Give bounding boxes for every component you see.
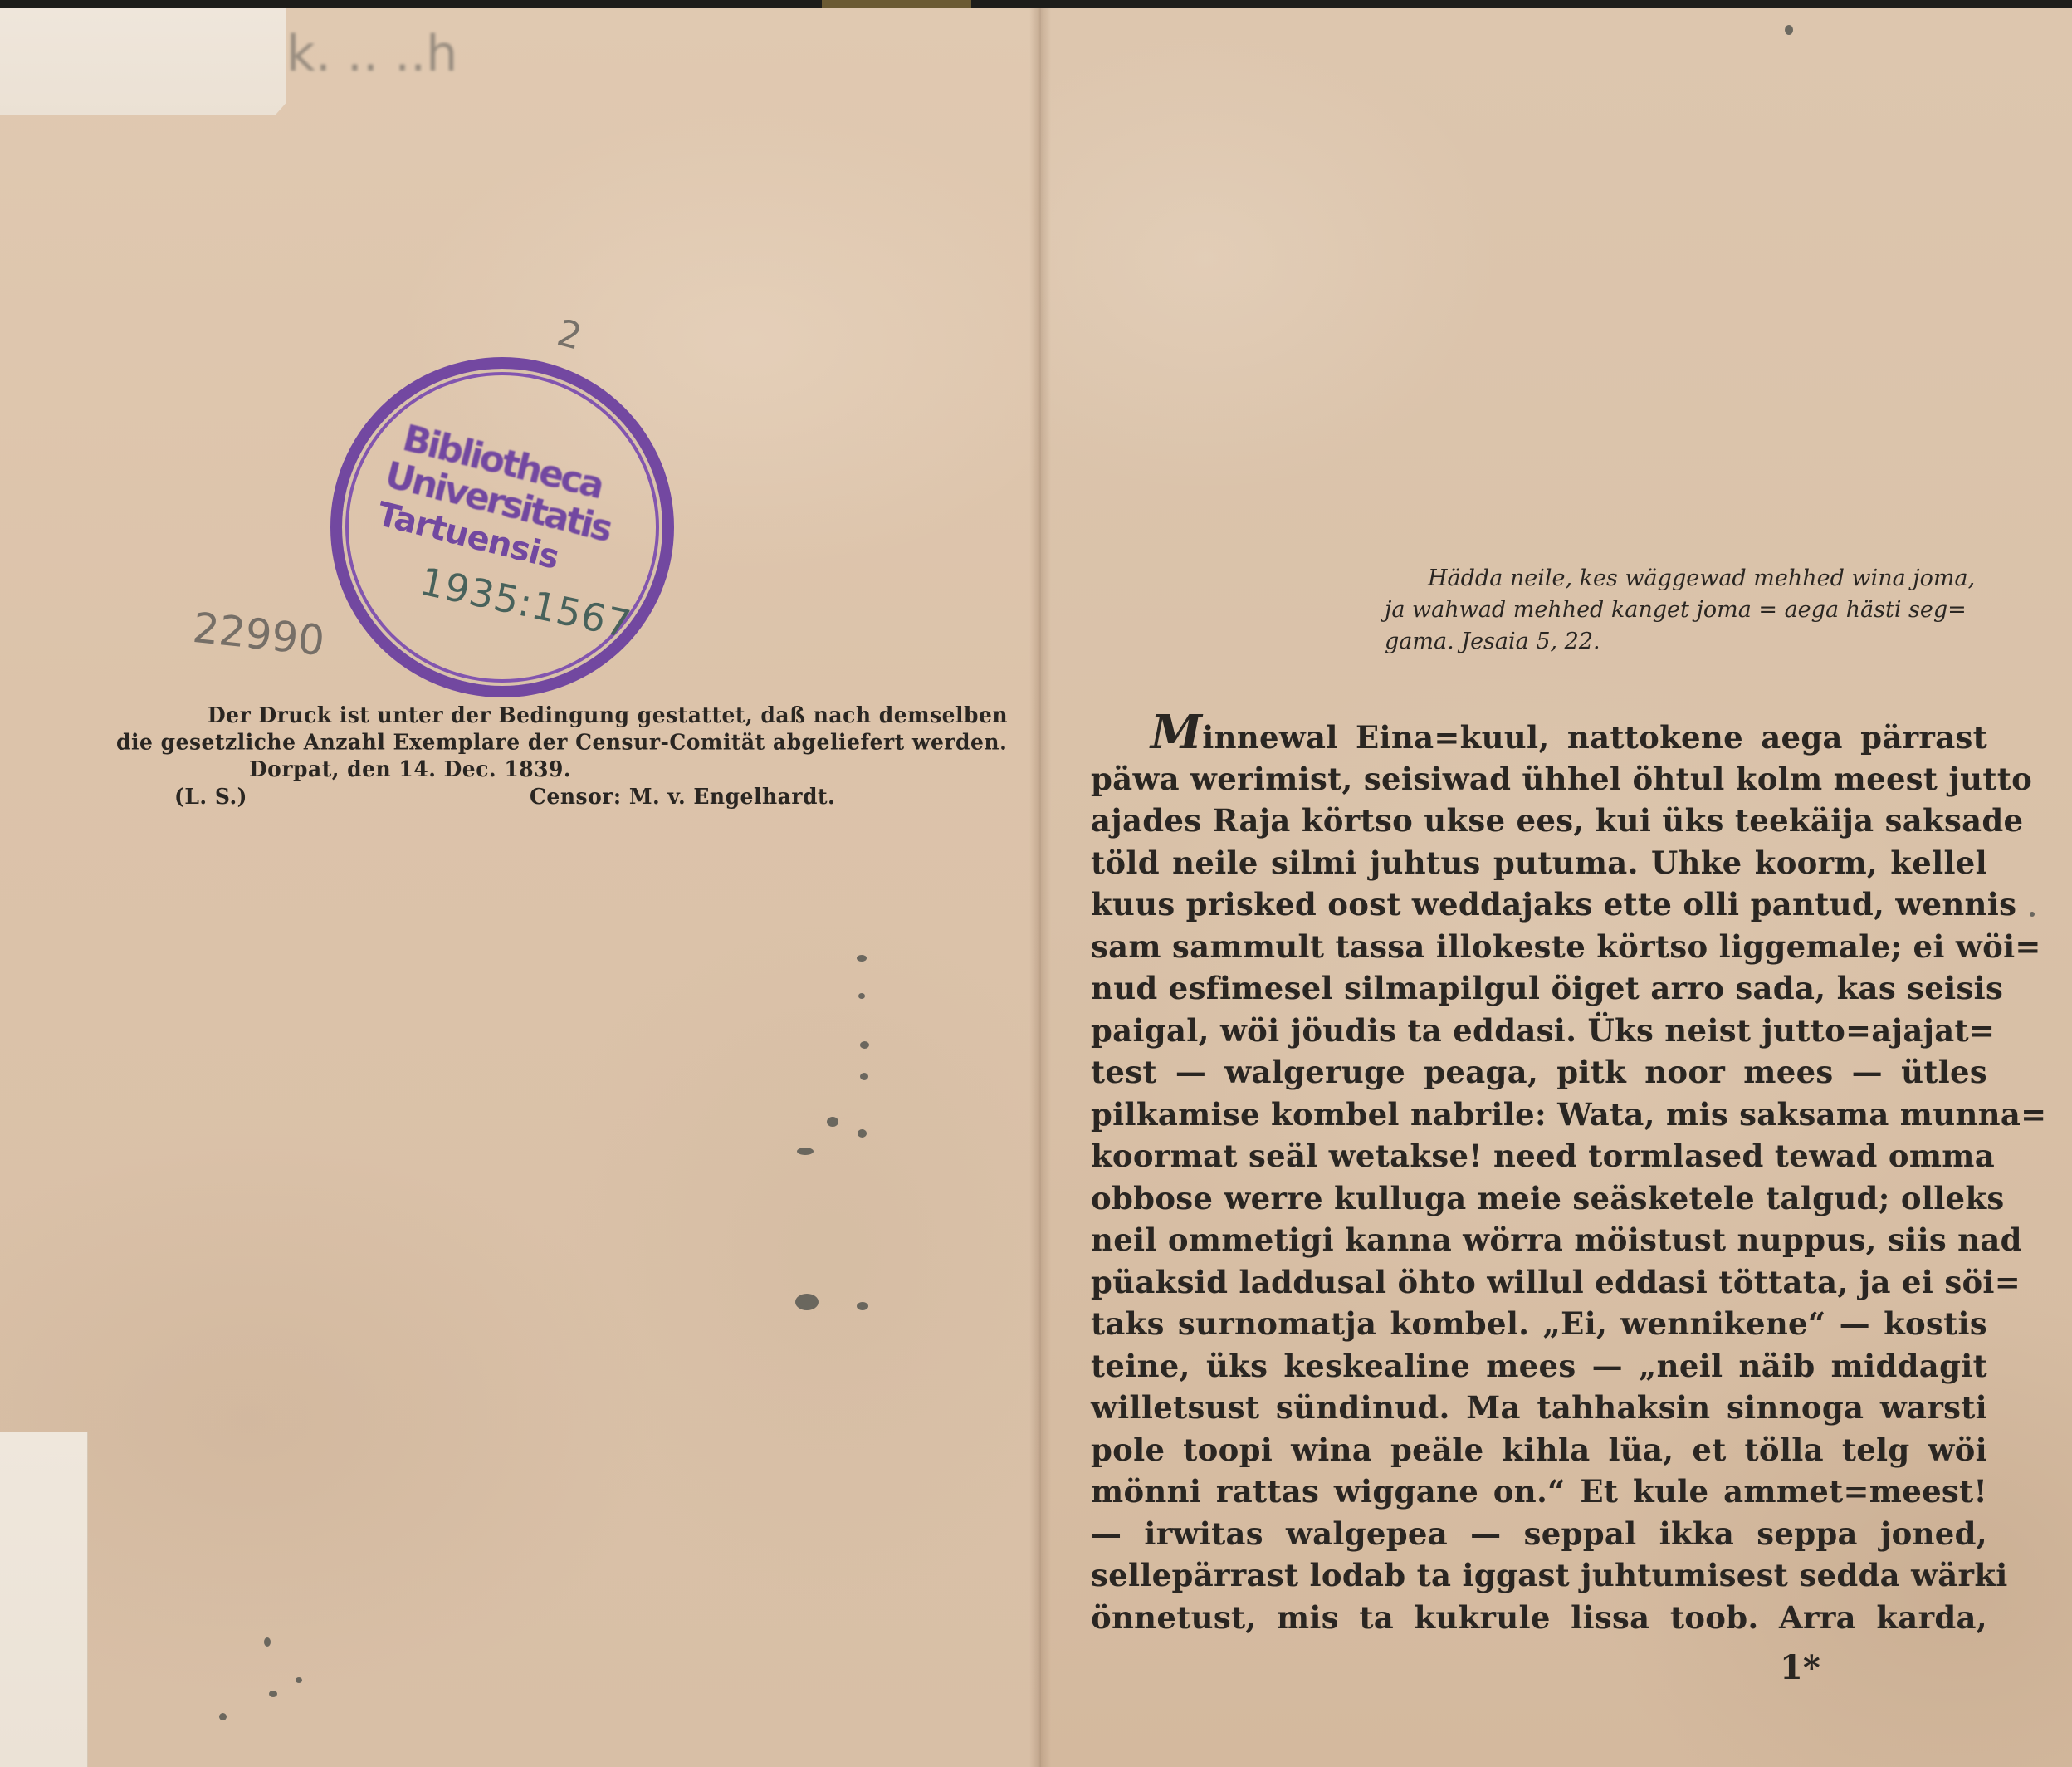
body-line: mönni rattas wiggane on.“ Et kule ammet=… — [1091, 1471, 1987, 1513]
body-line: ajades Raja körtso ukse ees, kui üks tee… — [1091, 800, 1987, 842]
censor-approval-note: Der Druck ist unter der Bedingung gestat… — [116, 702, 1013, 810]
body-line: püaksid laddusal öhto willul eddasi tött… — [1091, 1261, 1987, 1304]
epigraph-line-2: ja wahwad mehhed kanget joma = aega häst… — [1385, 595, 1991, 626]
book-gutter-fold — [1029, 8, 1051, 1767]
paper-repair-tape-bottom — [0, 1432, 88, 1767]
body-line: sam sammult tassa illokeste körtso ligge… — [1091, 926, 1987, 968]
ink-spot — [2030, 912, 2035, 917]
body-line: neil ommetigi kanna wörra möistust nuppu… — [1091, 1219, 1987, 1261]
ink-spot — [860, 1041, 869, 1049]
ink-spot — [857, 1302, 868, 1310]
body-line: taks surnomatja kombel. „Ei, wennikene“ … — [1091, 1303, 1987, 1345]
ink-spot — [857, 955, 867, 962]
body-line: — irwitas walgepea — seppal ikka seppa j… — [1091, 1513, 1987, 1555]
censor-date: Dorpat, den 14. Dec. 1839. — [116, 756, 1013, 783]
body-text: Minnewal Eina=kuul, nattokene aega pärra… — [1091, 716, 1987, 1638]
stamp-text: Bibliotheca Universitatis Tartuensis — [379, 418, 634, 590]
body-line: nud esfimesel silmapilgul öiget arro sad… — [1091, 967, 1987, 1010]
ink-spot — [797, 1148, 814, 1155]
ink-spot — [264, 1637, 271, 1647]
ink-spot — [269, 1691, 277, 1697]
paper-repair-tape-top — [0, 8, 286, 115]
ink-spot — [827, 1117, 838, 1127]
drop-initial: M — [1151, 705, 1202, 760]
library-stamp: Bibliotheca Universitatis Tartuensis 193… — [330, 357, 674, 697]
left-page — [0, 8, 1040, 1767]
body-line: obbose werre kulluga meie seäsketele tal… — [1091, 1177, 1987, 1220]
body-line: koormat seäl wetakse! need tormlased tew… — [1091, 1135, 1987, 1177]
body-line: päwa werimist, seisiwad ühhel öhtul kolm… — [1091, 758, 1987, 800]
body-line: teine, üks keskealine mees — „neil näib … — [1091, 1345, 1987, 1388]
ink-spot — [858, 993, 865, 999]
ink-spot — [858, 1129, 867, 1138]
ink-spot — [219, 1713, 227, 1720]
censor-line-2: die gesetzliche Anzahl Exemplare der Cen… — [116, 728, 1013, 756]
body-line: kuus prisked oost weddajaks ette olli pa… — [1091, 883, 1987, 926]
censor-line-1: Der Druck ist unter der Bedingung gestat… — [116, 702, 1013, 729]
ink-spot — [860, 1073, 868, 1080]
body-line: test — walgeruge peaga, pitk noor mees —… — [1091, 1051, 1987, 1094]
ink-spot — [1785, 25, 1793, 35]
body-line: sellepärrast lodab ta iggast juhtumisest… — [1091, 1554, 1987, 1597]
censor-seal: (L. S.) — [174, 783, 247, 810]
body-line: pilkamise kombel nabrile: Wata, mis saks… — [1091, 1094, 1987, 1136]
body-line: önnetust, mis ta kukrule lissa toob. Arr… — [1091, 1597, 1987, 1639]
censor-signature: Censor: M. v. Engelhardt. — [530, 783, 835, 810]
epigraph: Hädda neile, kes wäggewad mehhed wina jo… — [1385, 563, 1991, 658]
body-line: willetsust sündinud. Ma tahhaksin sinnog… — [1091, 1387, 1987, 1429]
ink-spot — [296, 1677, 302, 1683]
ink-spot — [795, 1294, 819, 1310]
epigraph-line-1: Hädda neile, kes wäggewad mehhed wina jo… — [1385, 563, 1991, 595]
body-line: pole toopi wina peäle kihla lüa, et töll… — [1091, 1429, 1987, 1471]
pencil-scribble-top: k. .. ..h — [286, 25, 457, 83]
printer-signature-mark: 1* — [1780, 1648, 1820, 1687]
body-line: paigal, wöi jöudis ta eddasi. Üks neist … — [1091, 1010, 1987, 1052]
body-line: töld neile silmi juhtus putuma. Uhke koo… — [1091, 842, 1987, 884]
body-line: Minnewal Eina=kuul, nattokene aega pärra… — [1091, 716, 1987, 758]
epigraph-line-3: gama. Jesaia 5, 22. — [1385, 626, 1991, 658]
censor-signature-row: (L. S.) Censor: M. v. Engelhardt. — [116, 783, 1013, 810]
